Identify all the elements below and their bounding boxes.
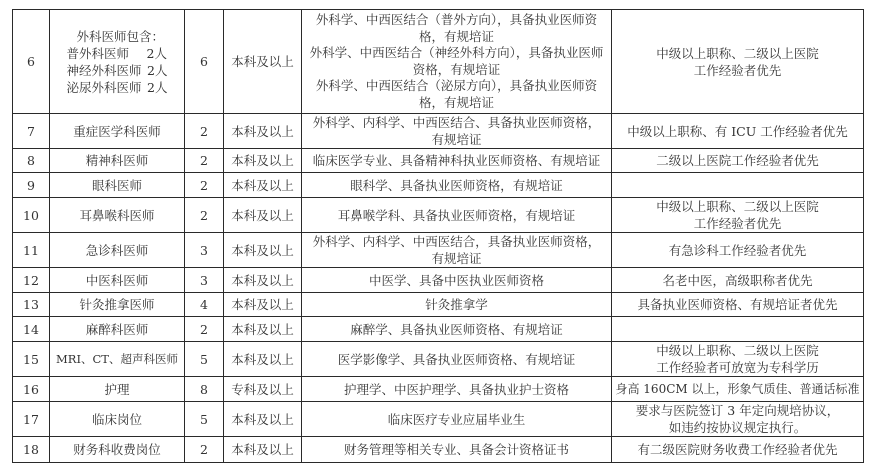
- requirements: 医学影像学、具备执业医师资格、有规培证: [302, 342, 612, 377]
- table-row: 13 针灸推拿医师 4 本科及以上 针灸推拿学 具备执业医师资格、有规培证者优先: [13, 293, 864, 317]
- table-row: 9 眼科医师 2 本科及以上 眼科学、具备执业医师资格，有规培证: [13, 173, 864, 198]
- headcount: 2: [185, 317, 224, 342]
- education: 本科及以上: [224, 437, 302, 463]
- preference: 要求与医院签订 3 年定向规培协议， 如违约按协议规定执行。: [612, 402, 864, 437]
- requirements: 外科学、中西医结合（普外方向），具备执业医师资格，有规培证 外科学、中西医结合（…: [302, 10, 612, 114]
- recruitment-table: 6 外科医师包含： 普外科医师 2人 神经外科医师 2人 泌尿外科医师 2人 6…: [12, 9, 864, 463]
- requirements: 临床医疗专业应届毕业生: [302, 402, 612, 437]
- education: 本科及以上: [224, 233, 302, 268]
- table-row: 15 MRI、CT、超声科医师 5 本科及以上 医学影像学、具备执业医师资格、有…: [13, 342, 864, 377]
- education: 本科及以上: [224, 293, 302, 317]
- education: 专科及以上: [224, 377, 302, 402]
- education: 本科及以上: [224, 173, 302, 198]
- table-row: 7 重症医学科医师 2 本科及以上 外科学、内科学、中西医结合、具备执业医师资格…: [13, 114, 864, 149]
- requirements: 外科学、内科学、中西医结合、具备执业医师资格， 有规培证: [302, 114, 612, 149]
- headcount: 2: [185, 114, 224, 149]
- requirement-line: 外科学、中西医结合（泌尿方向），具备执业医师资格，有规培证: [305, 78, 608, 111]
- row-number: 9: [13, 173, 50, 198]
- row-number: 6: [13, 10, 50, 114]
- position: 眼科医师: [50, 173, 185, 198]
- requirements: 针灸推拿学: [302, 293, 612, 317]
- position: 临床岗位: [50, 402, 185, 437]
- preference: 身高 160CM 以上，形象气质佳、普通话标准: [612, 377, 864, 402]
- position: 财务科收费岗位: [50, 437, 185, 463]
- table-row: 11 急诊科医师 3 本科及以上 外科学、内科学、中西医结合，具备执业医师资格，…: [13, 233, 864, 268]
- preference: 具备执业医师资格、有规培证者优先: [612, 293, 864, 317]
- headcount: 5: [185, 342, 224, 377]
- requirement-line: 外科学、中西医结合（普外方向），具备执业医师资格，有规培证: [305, 12, 608, 45]
- position: 重症医学科医师: [50, 114, 185, 149]
- row-number: 8: [13, 149, 50, 173]
- sub-position: 泌尿外科医师 2人: [67, 79, 168, 96]
- preference: [612, 317, 864, 342]
- preference: 中级以上职称、二级以上医院 工作经验者优先: [612, 10, 864, 114]
- position: MRI、CT、超声科医师: [50, 342, 185, 377]
- requirements: 麻醉学、具备执业医师资格、有规培证: [302, 317, 612, 342]
- headcount: 3: [185, 268, 224, 293]
- headcount: 5: [185, 402, 224, 437]
- table-row: 14 麻醉科医师 2 本科及以上 麻醉学、具备执业医师资格、有规培证: [13, 317, 864, 342]
- position: 耳鼻喉科医师: [50, 198, 185, 233]
- row-number: 15: [13, 342, 50, 377]
- row-number: 17: [13, 402, 50, 437]
- table-row: 12 中医科医师 3 本科及以上 中医学、具备中医执业医师资格 名老中医，高级职…: [13, 268, 864, 293]
- preference: 有二级医院财务收费工作经验者优先: [612, 437, 864, 463]
- education: 本科及以上: [224, 317, 302, 342]
- headcount: 3: [185, 233, 224, 268]
- education: 本科及以上: [224, 342, 302, 377]
- preference: 中级以上职称、二级以上医院 工作经验者优先: [612, 198, 864, 233]
- row-number: 14: [13, 317, 50, 342]
- education: 本科及以上: [224, 114, 302, 149]
- headcount: 4: [185, 293, 224, 317]
- table-row: 17 临床岗位 5 本科及以上 临床医疗专业应届毕业生 要求与医院签订 3 年定…: [13, 402, 864, 437]
- position: 麻醉科医师: [50, 317, 185, 342]
- preference: 中级以上职称、二级以上医院 工作经验者可放宽为专科学历: [612, 342, 864, 377]
- education: 本科及以上: [224, 10, 302, 114]
- preference: [612, 173, 864, 198]
- sub-position: 普外科医师 2人: [67, 45, 168, 62]
- preference: 中级以上职称、有 ICU 工作经验者优先: [612, 114, 864, 149]
- table-row: 6 外科医师包含： 普外科医师 2人 神经外科医师 2人 泌尿外科医师 2人 6…: [13, 10, 864, 114]
- position: 针灸推拿医师: [50, 293, 185, 317]
- preference: 二级以上医院工作经验者优先: [612, 149, 864, 173]
- position: 精神科医师: [50, 149, 185, 173]
- requirements: 眼科学、具备执业医师资格，有规培证: [302, 173, 612, 198]
- table-row: 8 精神科医师 2 本科及以上 临床医学专业、具备精神科执业医师资格、有规培证 …: [13, 149, 864, 173]
- position: 急诊科医师: [50, 233, 185, 268]
- position-cell: 外科医师包含： 普外科医师 2人 神经外科医师 2人 泌尿外科医师 2人: [50, 10, 185, 114]
- position-header: 外科医师包含：: [67, 28, 168, 45]
- position: 护理: [50, 377, 185, 402]
- position: 中医科医师: [50, 268, 185, 293]
- requirements: 护理学、中医护理学、具备执业护士资格: [302, 377, 612, 402]
- requirements: 临床医学专业、具备精神科执业医师资格、有规培证: [302, 149, 612, 173]
- requirements: 耳鼻喉学科、具备执业医师资格，有规培证: [302, 198, 612, 233]
- table-row: 18 财务科收费岗位 2 本科及以上 财务管理等相关专业、具备会计资格证书 有二…: [13, 437, 864, 463]
- row-number: 16: [13, 377, 50, 402]
- row-number: 11: [13, 233, 50, 268]
- requirement-line: 外科学、中西医结合（神经外科方向），具备执业医师资格，有规培证: [305, 45, 608, 78]
- row-number: 13: [13, 293, 50, 317]
- row-number: 18: [13, 437, 50, 463]
- sub-position: 神经外科医师 2人: [67, 62, 168, 79]
- requirements: 外科学、内科学、中西医结合，具备执业医师资格， 有规培证: [302, 233, 612, 268]
- headcount: 8: [185, 377, 224, 402]
- headcount: 6: [185, 10, 224, 114]
- row-number: 12: [13, 268, 50, 293]
- education: 本科及以上: [224, 149, 302, 173]
- requirements: 财务管理等相关专业、具备会计资格证书: [302, 437, 612, 463]
- headcount: 2: [185, 437, 224, 463]
- row-number: 10: [13, 198, 50, 233]
- preference: 有急诊科工作经验者优先: [612, 233, 864, 268]
- headcount: 2: [185, 173, 224, 198]
- headcount: 2: [185, 149, 224, 173]
- headcount: 2: [185, 198, 224, 233]
- education: 本科及以上: [224, 402, 302, 437]
- row-number: 7: [13, 114, 50, 149]
- education: 本科及以上: [224, 198, 302, 233]
- preference: 名老中医，高级职称者优先: [612, 268, 864, 293]
- education: 本科及以上: [224, 268, 302, 293]
- table-row: 16 护理 8 专科及以上 护理学、中医护理学、具备执业护士资格 身高 160C…: [13, 377, 864, 402]
- requirements: 中医学、具备中医执业医师资格: [302, 268, 612, 293]
- table-row: 10 耳鼻喉科医师 2 本科及以上 耳鼻喉学科、具备执业医师资格，有规培证 中级…: [13, 198, 864, 233]
